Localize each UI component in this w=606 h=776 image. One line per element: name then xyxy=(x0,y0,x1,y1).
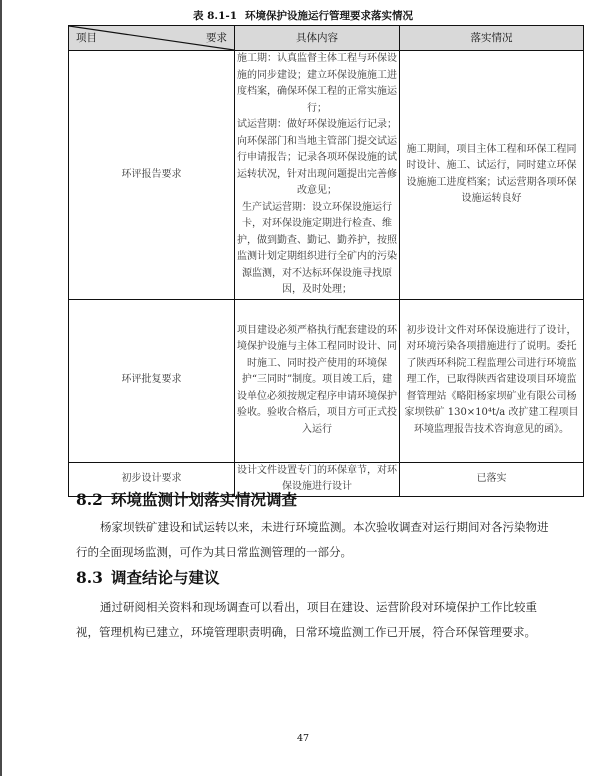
caption-title: 环境保护设施运行管理要求落实情况 xyxy=(245,10,413,22)
section-8-2-paragraph: 杨家坝铁矿建设和试运转以来，未进行环境监测。本次验收调查对运行期间对各污染物进行… xyxy=(76,515,556,565)
table-caption: 表 8.1-1环境保护设施运行管理要求落实情况 xyxy=(0,8,606,23)
section-heading-8-3: 8.3调查结论与建议 xyxy=(76,566,219,588)
header-content: 具体内容 xyxy=(235,26,400,51)
row-content: 项目建设必须严格执行配套建设的环境保护设施与主体工程同时设计、同时施工、同时投产… xyxy=(235,299,400,462)
row-status: 初步设计文件对环保设施进行了设计，对环境污染各项措施进行了说明。委托了陕西环科院… xyxy=(400,299,584,462)
caption-number: 表 8.1-1 xyxy=(193,10,237,22)
page-number: 47 xyxy=(0,733,606,744)
header-item-requirement: 项目 要求 xyxy=(69,26,235,51)
requirements-table: 项目 要求 具体内容 落实情况 环评报告要求 施工期：认真监督主体工程与环保设施… xyxy=(68,25,584,497)
section-title: 环境监测计划落实情况调查 xyxy=(111,490,297,509)
section-number: 8.2 xyxy=(76,490,103,509)
table-row: 环评报告要求 施工期：认真监督主体工程与环保设施的同步建设；建立环保设施施工进度… xyxy=(69,51,584,300)
header-item-label: 项目 xyxy=(76,30,97,47)
content-production: 生产试运营期：设立环保设施运行卡，对环保设施定期进行检查、维护，做到勤查、勤记、… xyxy=(237,200,397,299)
section-title: 调查结论与建议 xyxy=(111,568,220,587)
row-status: 施工期间，项目主体工程和环保工程同时设计、施工、试运行，同时建立环保设施施工进度… xyxy=(400,51,584,300)
table-header-row: 项目 要求 具体内容 落实情况 xyxy=(69,26,584,51)
section-8-3-paragraph: 通过研阅相关资料和现场调查可以看出，项目在建设、运营阶段对环境保护工作比较重视，… xyxy=(76,595,556,645)
content-trial: 试运营期：做好环保设施运行记录；向环保部门和当地主管部门提交试运行申请报告；记录… xyxy=(237,117,397,200)
section-heading-8-2: 8.2环境监测计划落实情况调查 xyxy=(76,488,297,510)
row-content: 施工期：认真监督主体工程与环保设施的同步建设；建立环保设施施工进度档案，确保环保… xyxy=(235,51,400,300)
header-status: 落实情况 xyxy=(400,26,584,51)
header-requirement-label: 要求 xyxy=(206,30,227,47)
section-number: 8.3 xyxy=(76,568,103,587)
row-item: 环评报告要求 xyxy=(69,51,235,300)
window-left-edge xyxy=(0,0,2,776)
row-item: 环评批复要求 xyxy=(69,299,235,462)
row-status: 已落实 xyxy=(400,462,584,496)
content-construction: 施工期：认真监督主体工程与环保设施的同步建设；建立环保设施施工进度档案，确保环保… xyxy=(237,51,397,117)
table-row: 环评批复要求 项目建设必须严格执行配套建设的环境保护设施与主体工程同时设计、同时… xyxy=(69,299,584,462)
